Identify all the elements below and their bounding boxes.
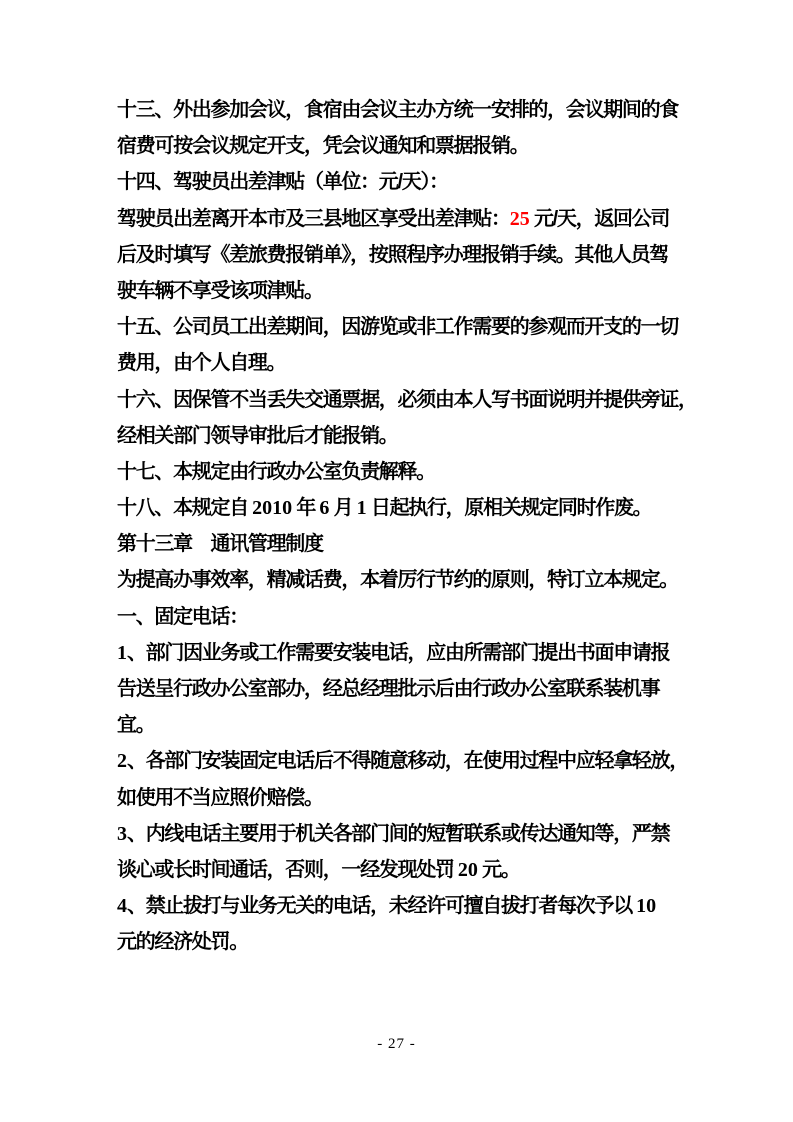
text-line: 元的经济处罚。 [117, 924, 683, 960]
text-line: 告送呈行政办公室部办，经总经理批示后由行政办公室联系装机事 [117, 671, 683, 707]
text-segment: 十七、本规定由行政办公室负责解释。 [117, 461, 435, 483]
text-segment: 3 [117, 823, 127, 845]
text-line: 经相关部门领导审批后才能报销。 [117, 418, 683, 454]
text-segment: 十八、本规定自 [117, 497, 252, 519]
text-segment: 1 [117, 642, 127, 664]
page-number: - 27 - [0, 1036, 793, 1053]
text-line: 驶车辆不享受该项津贴。 [117, 273, 683, 309]
text-segment: 元。 [478, 859, 520, 881]
text-segment: 费用，由个人自理。 [117, 352, 285, 374]
text-segment: 年 [292, 497, 319, 519]
text-line: 十四、驾驶员出差津贴（单位：元/天）： [117, 164, 683, 200]
text-segment: 4 [117, 895, 127, 917]
text-segment: 驾驶员出差离开本市及三县地区享受出差津贴： [117, 208, 510, 230]
text-segment: 第十三章 通讯管理制度 [117, 533, 323, 555]
text-line: 谈心或长时间通话，否则，一经发现处罚 20 元。 [117, 852, 683, 888]
document-page: 十三、外出参加会议，食宿由会议主办方统一安排的，会议期间的食宿费可按会议规定开支… [0, 0, 793, 1122]
text-line: 驾驶员出差离开本市及三县地区享受出差津贴：25 元/天，返回公司 [117, 201, 683, 237]
text-segment: 如使用不当应照价赔偿。 [117, 787, 323, 809]
text-segment: 十三、外出参加会议，食宿由会议主办方统一安排的，会议期间的食 [117, 99, 678, 121]
text-line: 一、固定电话： [117, 599, 683, 635]
text-line: 1、部门因业务或工作需要安装电话，应由所需部门提出书面申请报 [117, 635, 683, 671]
text-line: 宿费可按会议规定开支，凭会议通知和票据报销。 [117, 128, 683, 164]
text-segment: 为提高办事效率，精减话费，本着厉行节约的原则，特订立本规定。 [117, 569, 678, 591]
text-segment: 元的经济处罚。 [117, 931, 248, 953]
text-segment: 、禁止拔打与业务无关的电话，未经许可擅自拔打者每次予以 [127, 895, 636, 917]
text-segment: 2010 [252, 497, 292, 519]
text-segment: 、各部门安装固定电话后不得随意移动，在使用过程中应轻拿轻放， [127, 750, 688, 772]
text-line: 4、禁止拔打与业务无关的电话，未经许可擅自拔打者每次予以 10 [117, 888, 683, 924]
text-segment: 日起执行，原相关规定同时作废。 [367, 497, 652, 519]
text-segment: 宿费可按会议规定开支，凭会议通知和票据报销。 [117, 135, 528, 157]
document-lines: 十三、外出参加会议，食宿由会议主办方统一安排的，会议期间的食宿费可按会议规定开支… [117, 92, 683, 961]
text-segment: 一、固定电话： [117, 606, 248, 628]
text-line: 十三、外出参加会议，食宿由会议主办方统一安排的，会议期间的食 [117, 92, 683, 128]
text-segment: 宜。 [117, 714, 154, 736]
text-segment: 谈心或长时间通话，否则，一经发现处罚 [117, 859, 458, 881]
text-line: 2、各部门安装固定电话后不得随意移动，在使用过程中应轻拿轻放， [117, 743, 683, 779]
text-segment: 经相关部门领导审批后才能报销。 [117, 425, 398, 447]
text-line: 十五、公司员工出差期间，因游览或非工作需要的参观而开支的一切 [117, 309, 683, 345]
text-line: 为提高办事效率，精减话费，本着厉行节约的原则，特订立本规定。 [117, 562, 683, 598]
text-segment: 元/天，返回公司 [530, 208, 669, 230]
text-segment: 20 [458, 859, 478, 881]
text-line: 费用，由个人自理。 [117, 345, 683, 381]
text-segment: 2 [117, 750, 127, 772]
text-segment: 十四、驾驶员出差津贴（单位：元/天）： [117, 171, 448, 193]
text-segment: 10 [636, 895, 656, 917]
text-line: 3、内线电话主要用于机关各部门间的短暂联系或传达通知等，严禁 [117, 816, 683, 852]
text-segment: 6 [319, 497, 329, 519]
text-segment: 十六、因保管不当丢失交通票据，必须由本人写书面说明并提供旁证， [117, 389, 697, 411]
text-segment: 后及时填写《差旅费报销单》，按照程序办理报销手续。其他人员驾 [117, 244, 668, 266]
text-line: 如使用不当应照价赔偿。 [117, 780, 683, 816]
text-line: 后及时填写《差旅费报销单》，按照程序办理报销手续。其他人员驾 [117, 237, 683, 273]
text-line: 宜。 [117, 707, 683, 743]
text-line: 十七、本规定由行政办公室负责解释。 [117, 454, 683, 490]
text-segment: 驶车辆不享受该项津贴。 [117, 280, 323, 302]
highlighted-value: 25 [510, 208, 530, 230]
text-segment: 1 [357, 497, 367, 519]
text-segment: 十五、公司员工出差期间，因游览或非工作需要的参观而开支的一切 [117, 316, 678, 338]
text-line: 第十三章 通讯管理制度 [117, 526, 683, 562]
text-segment: 告送呈行政办公室部办，经总经理批示后由行政办公室联系装机事 [117, 678, 659, 700]
text-segment: 月 [329, 497, 356, 519]
text-segment: 、部门因业务或工作需要安装电话，应由所需部门提出书面申请报 [127, 642, 669, 664]
text-segment: 、内线电话主要用于机关各部门间的短暂联系或传达通知等，严禁 [127, 823, 669, 845]
text-line: 十六、因保管不当丢失交通票据，必须由本人写书面说明并提供旁证， [117, 382, 683, 418]
text-line: 十八、本规定自 2010 年 6 月 1 日起执行，原相关规定同时作废。 [117, 490, 683, 526]
